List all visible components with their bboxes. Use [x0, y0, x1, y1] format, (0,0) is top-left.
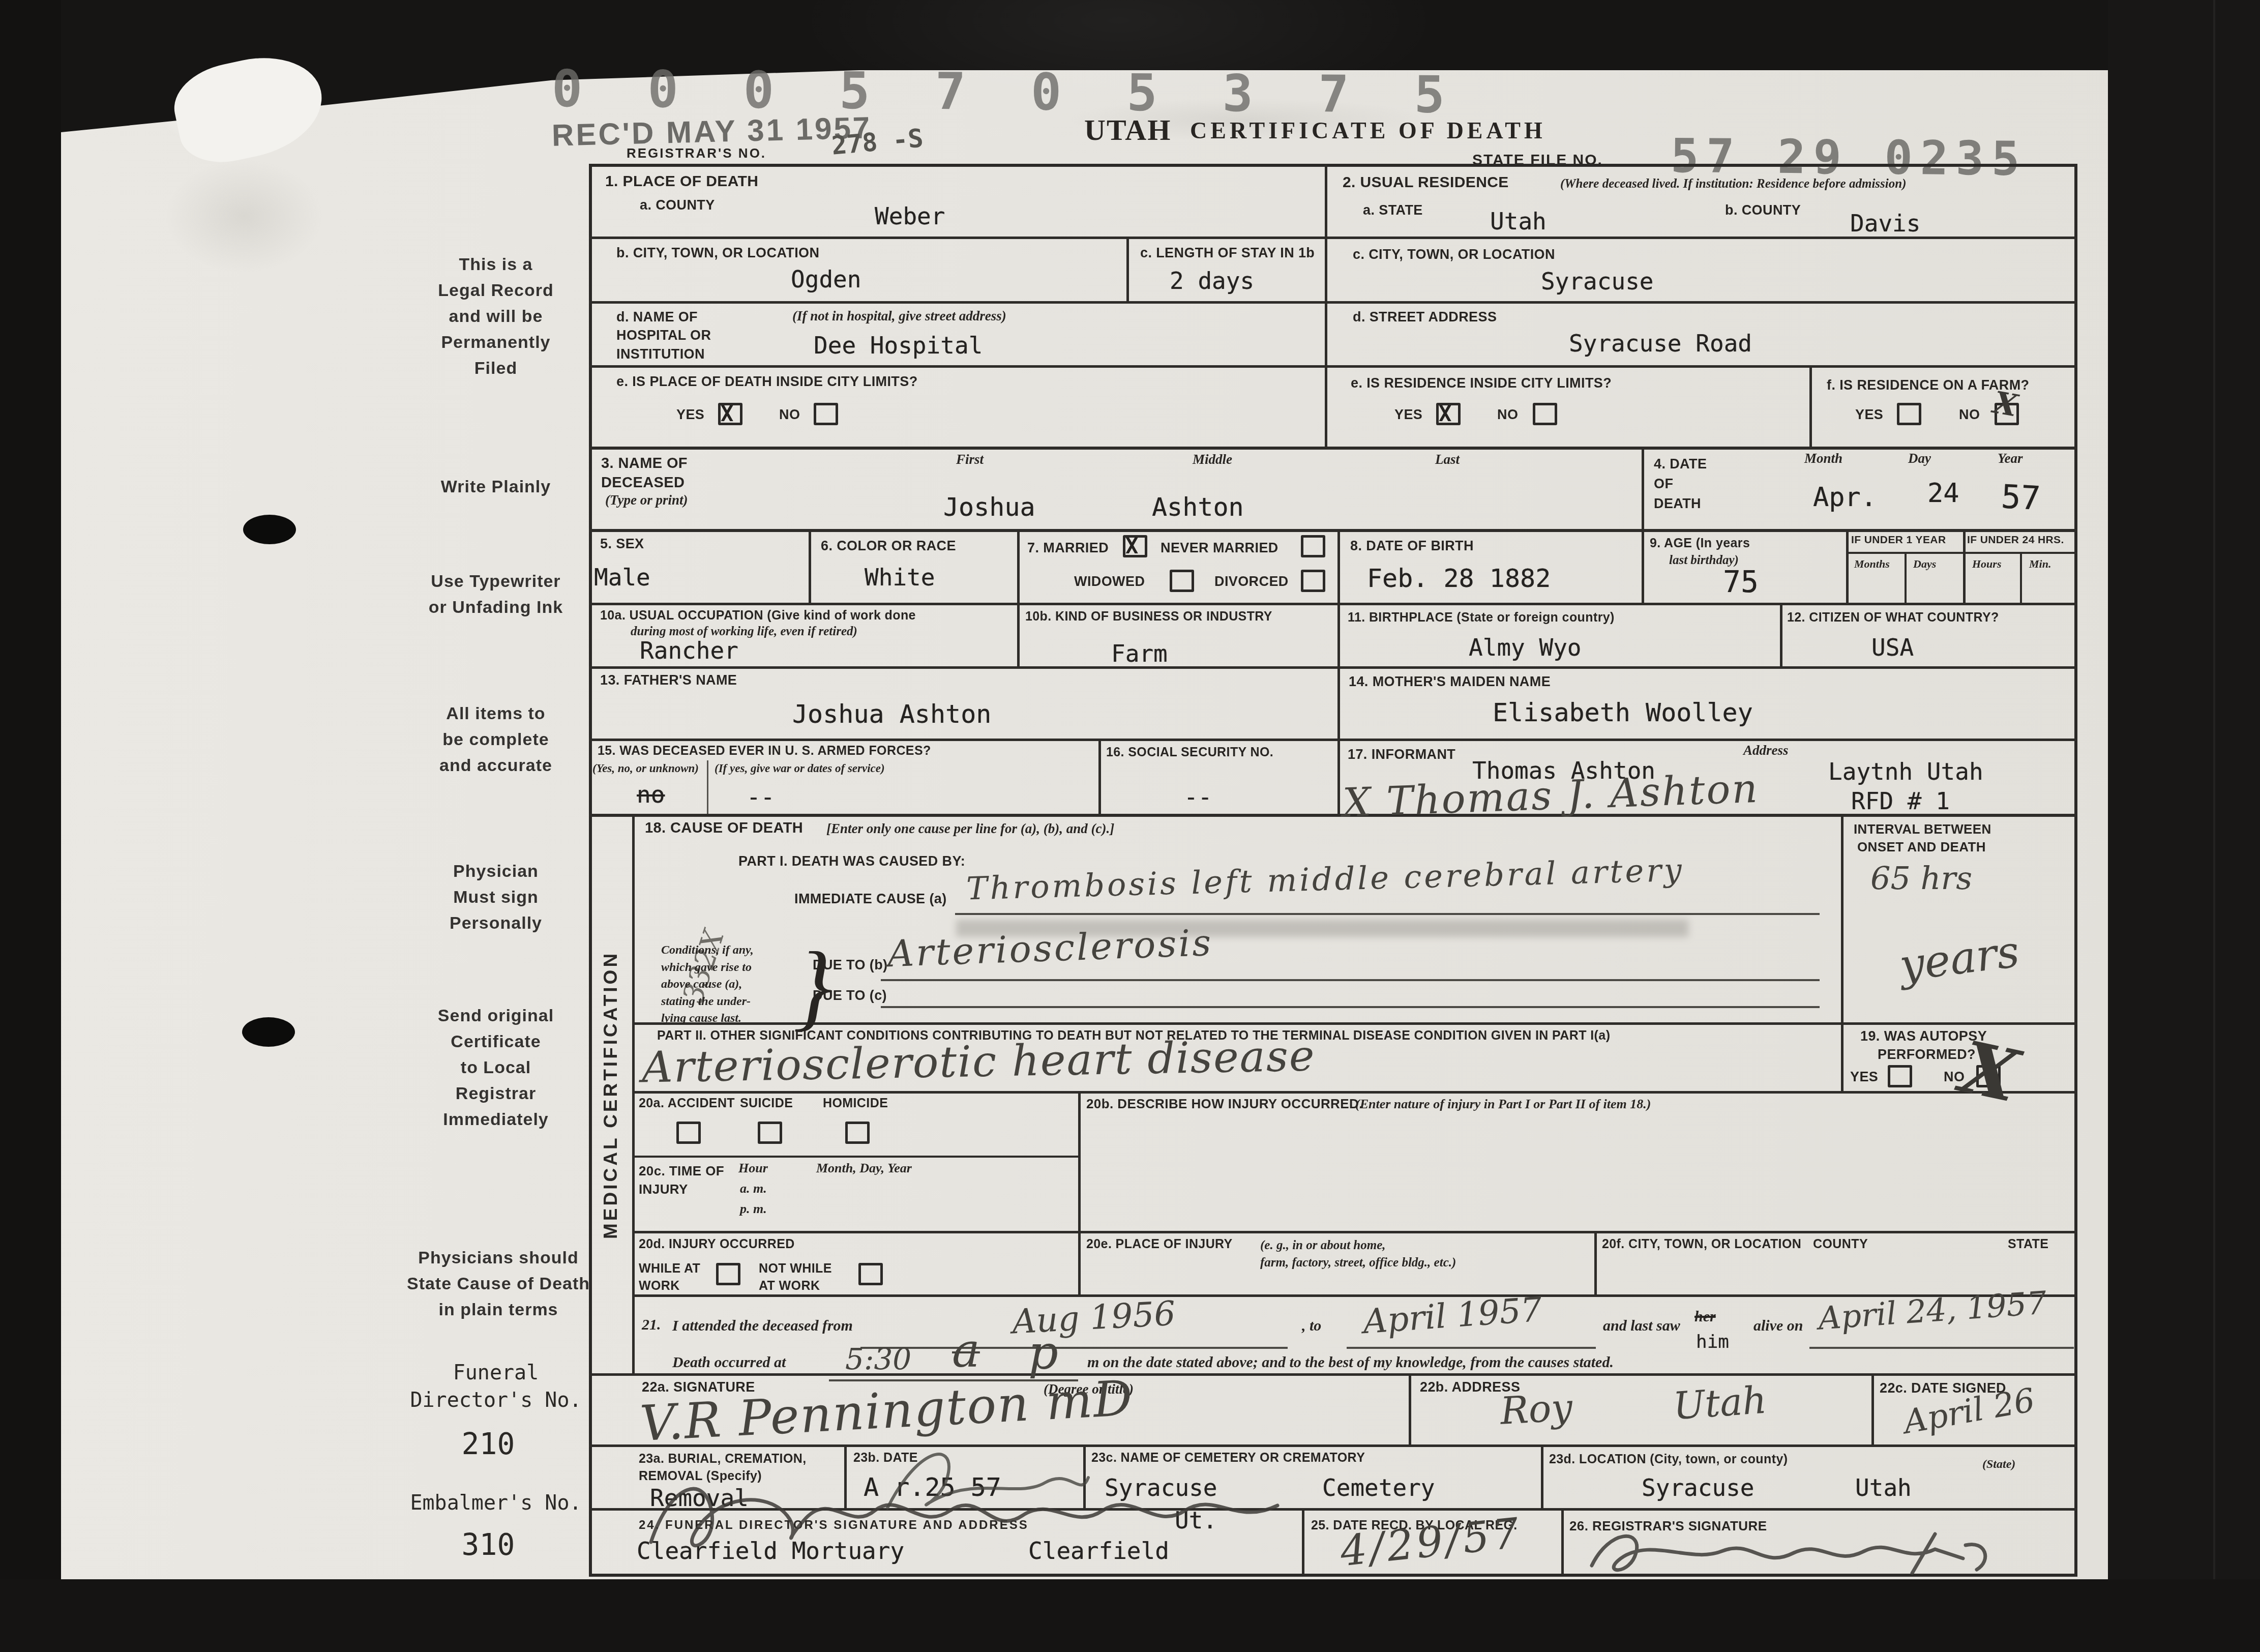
field-4-day-label: Day	[1908, 451, 1931, 466]
grid-line	[589, 1444, 2077, 1447]
field-21-to-line	[1347, 1347, 1596, 1349]
field-2c-value: Syracuse	[1541, 268, 1654, 295]
field-6-value: White	[865, 564, 935, 591]
cause-a-line	[955, 913, 1820, 915]
due-to-b-label: DUE TO (b)	[813, 957, 888, 973]
funeral-director-no-value: 210	[462, 1424, 515, 1464]
field-1-title: 1. PLACE OF DEATH	[605, 173, 758, 190]
interval-label-1: INTERVAL BETWEEN	[1854, 821, 1991, 837]
field-1a-value: Weber	[875, 202, 945, 230]
field-20d-notwhile-label: NOT WHILE AT WORK	[759, 1260, 832, 1295]
field-2f-no-label: NO	[1959, 407, 1980, 423]
grid-line	[1098, 739, 1101, 814]
field-7-divorced-label: DIVORCED	[1214, 574, 1289, 589]
field-13-label: 13. FATHER'S NAME	[600, 672, 737, 688]
burial-date-flourish-scribble	[877, 1437, 1096, 1523]
grid-line	[1017, 603, 1020, 666]
embalmer-no-label: Embalmer's No.	[410, 1489, 581, 1517]
field-15-label: 15. WAS DECEASED EVER IN U. S. ARMED FOR…	[598, 744, 931, 758]
grid-line	[1561, 1508, 1564, 1574]
field-20a-homicide-label: HOMICIDE	[823, 1096, 888, 1111]
funeral-director-no-label: Funeral Director's No.	[410, 1359, 581, 1414]
field-4-month-value: Apr.	[1813, 482, 1877, 513]
field-9-days-label: Days	[1913, 557, 1936, 571]
field-7-married-checkbox[interactable]	[1123, 535, 1147, 557]
field-16-label: 16. SOCIAL SECURITY NO.	[1106, 745, 1273, 760]
grid-line	[707, 760, 708, 814]
grid-line	[1963, 529, 1966, 603]
field-3-middle-label: Middle	[1193, 452, 1232, 467]
registrar-no-label: REGISTRAR'S NO.	[627, 145, 766, 161]
field-22b-address-2: Utah	[1672, 1378, 1768, 1429]
field-17-address-label: Address	[1743, 743, 1789, 758]
field-2e-no-label: NO	[1497, 407, 1518, 423]
field-14-value: Elisabeth Woolley	[1493, 698, 1753, 727]
grid-line	[589, 1373, 2077, 1376]
field-20a-label: 20a. ACCIDENT	[639, 1096, 735, 1111]
grid-line	[1078, 1091, 1081, 1294]
grid-line	[1642, 447, 1644, 529]
scanned-death-certificate: 0 0 0 5 7 0 5 3 7 5 REC'D MAY 31 1957 RE…	[0, 0, 2260, 1652]
field-2c-label: c. CITY, TOWN, OR LOCATION	[1353, 247, 1555, 262]
field-2e-label: e. IS RESIDENCE INSIDE CITY LIMITS?	[1351, 375, 1612, 391]
field-4-title: 4. DATE OF DEATH	[1654, 454, 1707, 514]
field-21-from-line	[860, 1347, 1288, 1349]
field-17-address-1: Laytnh Utah	[1828, 758, 1983, 785]
field-20f-label: 20f. CITY, TOWN, OR LOCATION	[1602, 1237, 1801, 1252]
field-5-value: Male	[594, 564, 650, 591]
grid-line	[632, 1091, 2077, 1094]
field-21-struck-her: her	[1694, 1308, 1716, 1325]
field-9-months-label: Months	[1854, 557, 1890, 571]
field-21-text-1: I attended the deceased from	[672, 1317, 853, 1335]
grid-line	[1594, 1231, 1597, 1294]
field-20f-state-label: STATE	[2008, 1237, 2048, 1252]
margin-note-typewriter: Use Typewriter or Unfading Ink	[429, 569, 563, 621]
field-23c-value-2: Cemetery	[1322, 1474, 1435, 1501]
part1-label: PART I. DEATH WAS CAUSED BY:	[738, 853, 965, 869]
field-20f-county-label: COUNTY	[1813, 1237, 1868, 1252]
field-7-never-label: NEVER MARRIED	[1161, 540, 1278, 556]
field-21-text-5: Death occurred at	[672, 1354, 786, 1371]
field-21-text-3: and last saw	[1603, 1317, 1680, 1335]
field-7-widowed-label: WIDOWED	[1074, 574, 1145, 589]
field-1e-yes-label: YES	[676, 407, 704, 423]
field-15-value-2: --	[747, 783, 775, 811]
field-9-hours-label: Hours	[1972, 557, 2001, 571]
field-14-label: 14. MOTHER'S MAIDEN NAME	[1349, 674, 1551, 690]
field-20a-suicide-label: SUICIDE	[740, 1096, 793, 1111]
field-1e-yes-checkbox[interactable]	[718, 403, 742, 425]
field-20b-label: 20b. DESCRIBE HOW INJURY OCCURRED.	[1086, 1096, 1363, 1112]
field-2-hint: (Where deceased lived. If institution: R…	[1560, 177, 1906, 191]
grid-line	[2020, 552, 2022, 603]
field-1e-no-label: NO	[779, 407, 800, 423]
conditions-brace: }	[793, 931, 832, 1042]
conditions-note: Conditions, if any, which gave rise to a…	[661, 942, 754, 1027]
margin-note-send-original: Send original Certificate to Local Regis…	[438, 1003, 554, 1133]
field-19-yes-checkbox[interactable]	[1888, 1065, 1912, 1087]
grid-line	[589, 301, 2077, 304]
field-21-number: 21.	[642, 1316, 661, 1334]
registrar-signature-scribble	[1579, 1525, 2006, 1578]
field-8-label: 8. DATE OF BIRTH	[1350, 538, 1474, 554]
field-21-text-2: , to	[1302, 1317, 1321, 1335]
grid-line	[1780, 603, 1782, 666]
field-9-min-label: Min.	[2029, 557, 2051, 571]
field-15-hint-2: (If yes, give war or dates of service)	[715, 762, 885, 775]
field-2e-yes-checkbox[interactable]	[1436, 403, 1461, 425]
grid-line	[589, 666, 2077, 669]
grid-line	[589, 739, 2077, 741]
punch-hole-bottom	[242, 1017, 295, 1047]
cause-b-line	[881, 979, 1820, 981]
grid-line	[1905, 552, 1907, 603]
field-1c-value: 2 days	[1170, 267, 1254, 294]
grid-line	[809, 529, 811, 603]
field-19-yes-label: YES	[1850, 1069, 1878, 1085]
field-21-pm-mark: p	[1028, 1325, 1058, 1380]
field-2f-yes-label: YES	[1855, 407, 1883, 423]
field-10b-label: 10b. KIND OF BUSINESS OR INDUSTRY	[1025, 609, 1272, 624]
field-7-never-checkbox[interactable]	[1301, 535, 1325, 557]
field-1c-label: c. LENGTH OF STAY IN 1b	[1140, 245, 1315, 261]
field-10a-label: 10a. USUAL OCCUPATION (Give kind of work…	[600, 608, 916, 623]
field-4-month-label: Month	[1804, 451, 1842, 466]
field-23d-label: 23d. LOCATION (City, town, or county)	[1549, 1452, 1788, 1467]
field-1e-label: e. IS PLACE OF DEATH INSIDE CITY LIMITS?	[616, 374, 918, 390]
margin-note-write-plainly: Write Plainly	[441, 474, 551, 500]
grid-line	[589, 529, 2077, 532]
field-4-year-label: Year	[1998, 451, 2023, 466]
field-20c-label: 20c. TIME OF INJURY	[639, 1162, 724, 1199]
grid-line	[632, 1022, 2077, 1025]
field-15-hint-1: (Yes, no, or unknown)	[592, 762, 699, 775]
grid-line	[1409, 1373, 1411, 1444]
field-7-married-text: MARRIED	[1043, 540, 1109, 555]
field-21-him: him	[1696, 1332, 1729, 1352]
field-20d-while-checkbox[interactable]	[716, 1263, 740, 1285]
interval-a-value: 65 hrs	[1870, 860, 1972, 897]
field-2-title: 2. USUAL RESIDENCE	[1343, 174, 1509, 191]
field-20d-notwhile-checkbox[interactable]	[858, 1263, 883, 1285]
grid-line	[1126, 237, 1129, 301]
field-2b-label: b. COUNTY	[1725, 202, 1801, 218]
field-7-divorced-checkbox[interactable]	[1301, 570, 1325, 592]
field-7-married-label: 7. MARRIED	[1027, 540, 1109, 556]
field-20c-pm-label: p. m.	[740, 1201, 767, 1217]
grid-line	[589, 603, 2077, 605]
field-20d-label: 20d. INJURY OCCURRED	[639, 1237, 795, 1252]
field-17-label: 17. INFORMANT	[1348, 747, 1455, 762]
grid-line	[1809, 365, 1812, 447]
field-2e-no-checkbox[interactable]	[1533, 403, 1557, 425]
field-23d-value-1: Syracuse	[1642, 1474, 1755, 1501]
field-9-under1-label: IF UNDER 1 YEAR	[1851, 534, 1946, 546]
field-19-label-2: PERFORMED?	[1878, 1047, 1976, 1063]
field-10b-value: Farm	[1111, 640, 1168, 667]
field-20a-homicide-checkbox[interactable]	[845, 1122, 870, 1144]
medical-certification-side-label: MEDICAL CERTIFICATION	[589, 817, 633, 1373]
margin-note-plain-terms: Physicians should State Cause of Death i…	[407, 1245, 590, 1323]
grid-line	[589, 365, 2077, 368]
field-20e-hint: (e. g., in or about home, farm, factory,…	[1260, 1237, 1456, 1272]
field-3-first-value: Joshua	[943, 492, 1035, 522]
field-12-label: 12. CITIZEN OF WHAT COUNTRY?	[1787, 610, 1999, 625]
field-10a-value: Rancher	[640, 637, 738, 664]
field-11-value: Almy Wyo	[1469, 634, 1582, 661]
grid-line	[1337, 666, 1340, 739]
field-13-value: Joshua Ashton	[792, 699, 991, 729]
field-9-label: 9. AGE (In years	[1650, 536, 1750, 551]
field-21-text-4: alive on	[1753, 1317, 1803, 1335]
field-21-lastseen-line	[1809, 1347, 2074, 1349]
grid-line	[1846, 529, 1849, 603]
grid-line	[1302, 1508, 1304, 1574]
field-1b-value: Ogden	[791, 265, 861, 293]
field-6-label: 6. COLOR OR RACE	[821, 538, 956, 554]
field-9-value: 75	[1723, 565, 1759, 599]
grid-line	[1337, 603, 1340, 666]
title-utah: UTAH	[1084, 113, 1171, 147]
field-8-value: Feb. 28 1882	[1367, 564, 1551, 593]
grid-line	[1846, 552, 2077, 554]
field-20b-hint: (Enter nature of injury in Part I or Par…	[1355, 1097, 1651, 1112]
field-1d-label: d. NAME OF HOSPITAL OR INSTITUTION	[616, 308, 711, 363]
margin-note-complete-accurate: All items to be complete and accurate	[439, 701, 552, 779]
field-18-title: 18. CAUSE OF DEATH	[645, 820, 803, 837]
grid-line	[1642, 529, 1644, 603]
immediate-cause-label: IMMEDIATE CAUSE (a)	[794, 891, 947, 907]
field-2b-value: Davis	[1850, 210, 1920, 237]
grid-line	[1337, 739, 1340, 814]
punch-hole-top	[243, 515, 296, 544]
field-3-last-label: Last	[1435, 452, 1460, 467]
field-20a-suicide-checkbox[interactable]	[758, 1122, 782, 1144]
field-23d-state-hint: (State)	[1982, 1458, 2015, 1471]
field-20e-label: 20e. PLACE OF INJURY	[1086, 1237, 1233, 1252]
field-2f-yes-checkbox[interactable]	[1897, 403, 1921, 425]
field-2a-value: Utah	[1490, 208, 1547, 235]
grid-line	[1017, 529, 1020, 603]
field-4-day-value: 24	[1927, 478, 1959, 509]
field-1d-hint: (If not in hospital, give street address…	[792, 308, 1006, 324]
field-20c-hour-label: Hour	[738, 1161, 768, 1176]
margin-note-physician-sign: Physician Must sign Personally	[450, 859, 542, 936]
field-4-year-value: 57	[2000, 478, 2041, 518]
field-1e-no-checkbox[interactable]	[814, 403, 838, 425]
field-3-first-label: First	[956, 452, 984, 467]
field-21-text-6: m on the date stated above; and to the b…	[1087, 1354, 1614, 1371]
field-2e-yes-label: YES	[1394, 407, 1422, 423]
grid-line	[1541, 1444, 1543, 1508]
field-23d-value-2: Utah	[1855, 1474, 1912, 1501]
page-title: CERTIFICATE OF DEATH	[1190, 117, 1546, 144]
field-20c-mdy-label: Month, Day, Year	[816, 1161, 912, 1176]
field-20c-am-label: a. m.	[740, 1181, 767, 1196]
field-5-label: 5. SEX	[600, 536, 644, 552]
embalmer-no-value: 310	[462, 1525, 515, 1565]
field-2d-label: d. STREET ADDRESS	[1353, 309, 1497, 325]
field-2d-value: Syracuse Road	[1569, 330, 1752, 357]
field-21-struck-a: a	[952, 1323, 980, 1378]
field-17-address-2: RFD # 1	[1851, 787, 1950, 815]
grid-line	[632, 1231, 2077, 1233]
cause-c-line	[881, 1006, 1820, 1008]
field-1b-label: b. CITY, TOWN, OR LOCATION	[616, 245, 819, 261]
interval-label-2: ONSET AND DEATH	[1857, 839, 1986, 855]
field-1d-value: Dee Hospital	[814, 332, 983, 359]
field-16-value: --	[1184, 783, 1212, 811]
field-3-hint: (Type or print)	[605, 492, 688, 508]
field-22b-address-1: Roy	[1499, 1385, 1573, 1433]
grid-line	[1841, 814, 1843, 1091]
grid-line	[1871, 1373, 1874, 1444]
field-7-widowed-checkbox[interactable]	[1170, 570, 1194, 592]
field-18-hint: [Enter only one cause per line for (a), …	[826, 821, 1114, 837]
field-3-title: 3. NAME OF DECEASED	[601, 454, 688, 492]
field-12-value: USA	[1871, 634, 1914, 661]
field-21-time-value: 5:30	[845, 1342, 911, 1376]
margin-note-legal-record: This is a Legal Record and will be Perma…	[438, 252, 553, 381]
field-9-under24-label: IF UNDER 24 HRS.	[1967, 534, 2064, 546]
grid-line	[1325, 164, 1327, 447]
grid-line	[1337, 529, 1340, 603]
grid-line	[589, 447, 2077, 450]
due-to-c-label: DUE TO (c)	[813, 988, 887, 1004]
field-20a-accident-checkbox[interactable]	[676, 1122, 701, 1144]
field-11-label: 11. BIRTHPLACE (State or foreign country…	[1348, 610, 1615, 625]
grid-line	[632, 1156, 1078, 1158]
field-20d-while-label: WHILE AT WORK	[639, 1260, 700, 1295]
field-2a-label: a. STATE	[1363, 202, 1423, 218]
field-1a-label: a. COUNTY	[640, 197, 715, 213]
field-3-middle-value: Ashton	[1152, 492, 1244, 522]
field-15-value-1: no	[637, 781, 665, 808]
